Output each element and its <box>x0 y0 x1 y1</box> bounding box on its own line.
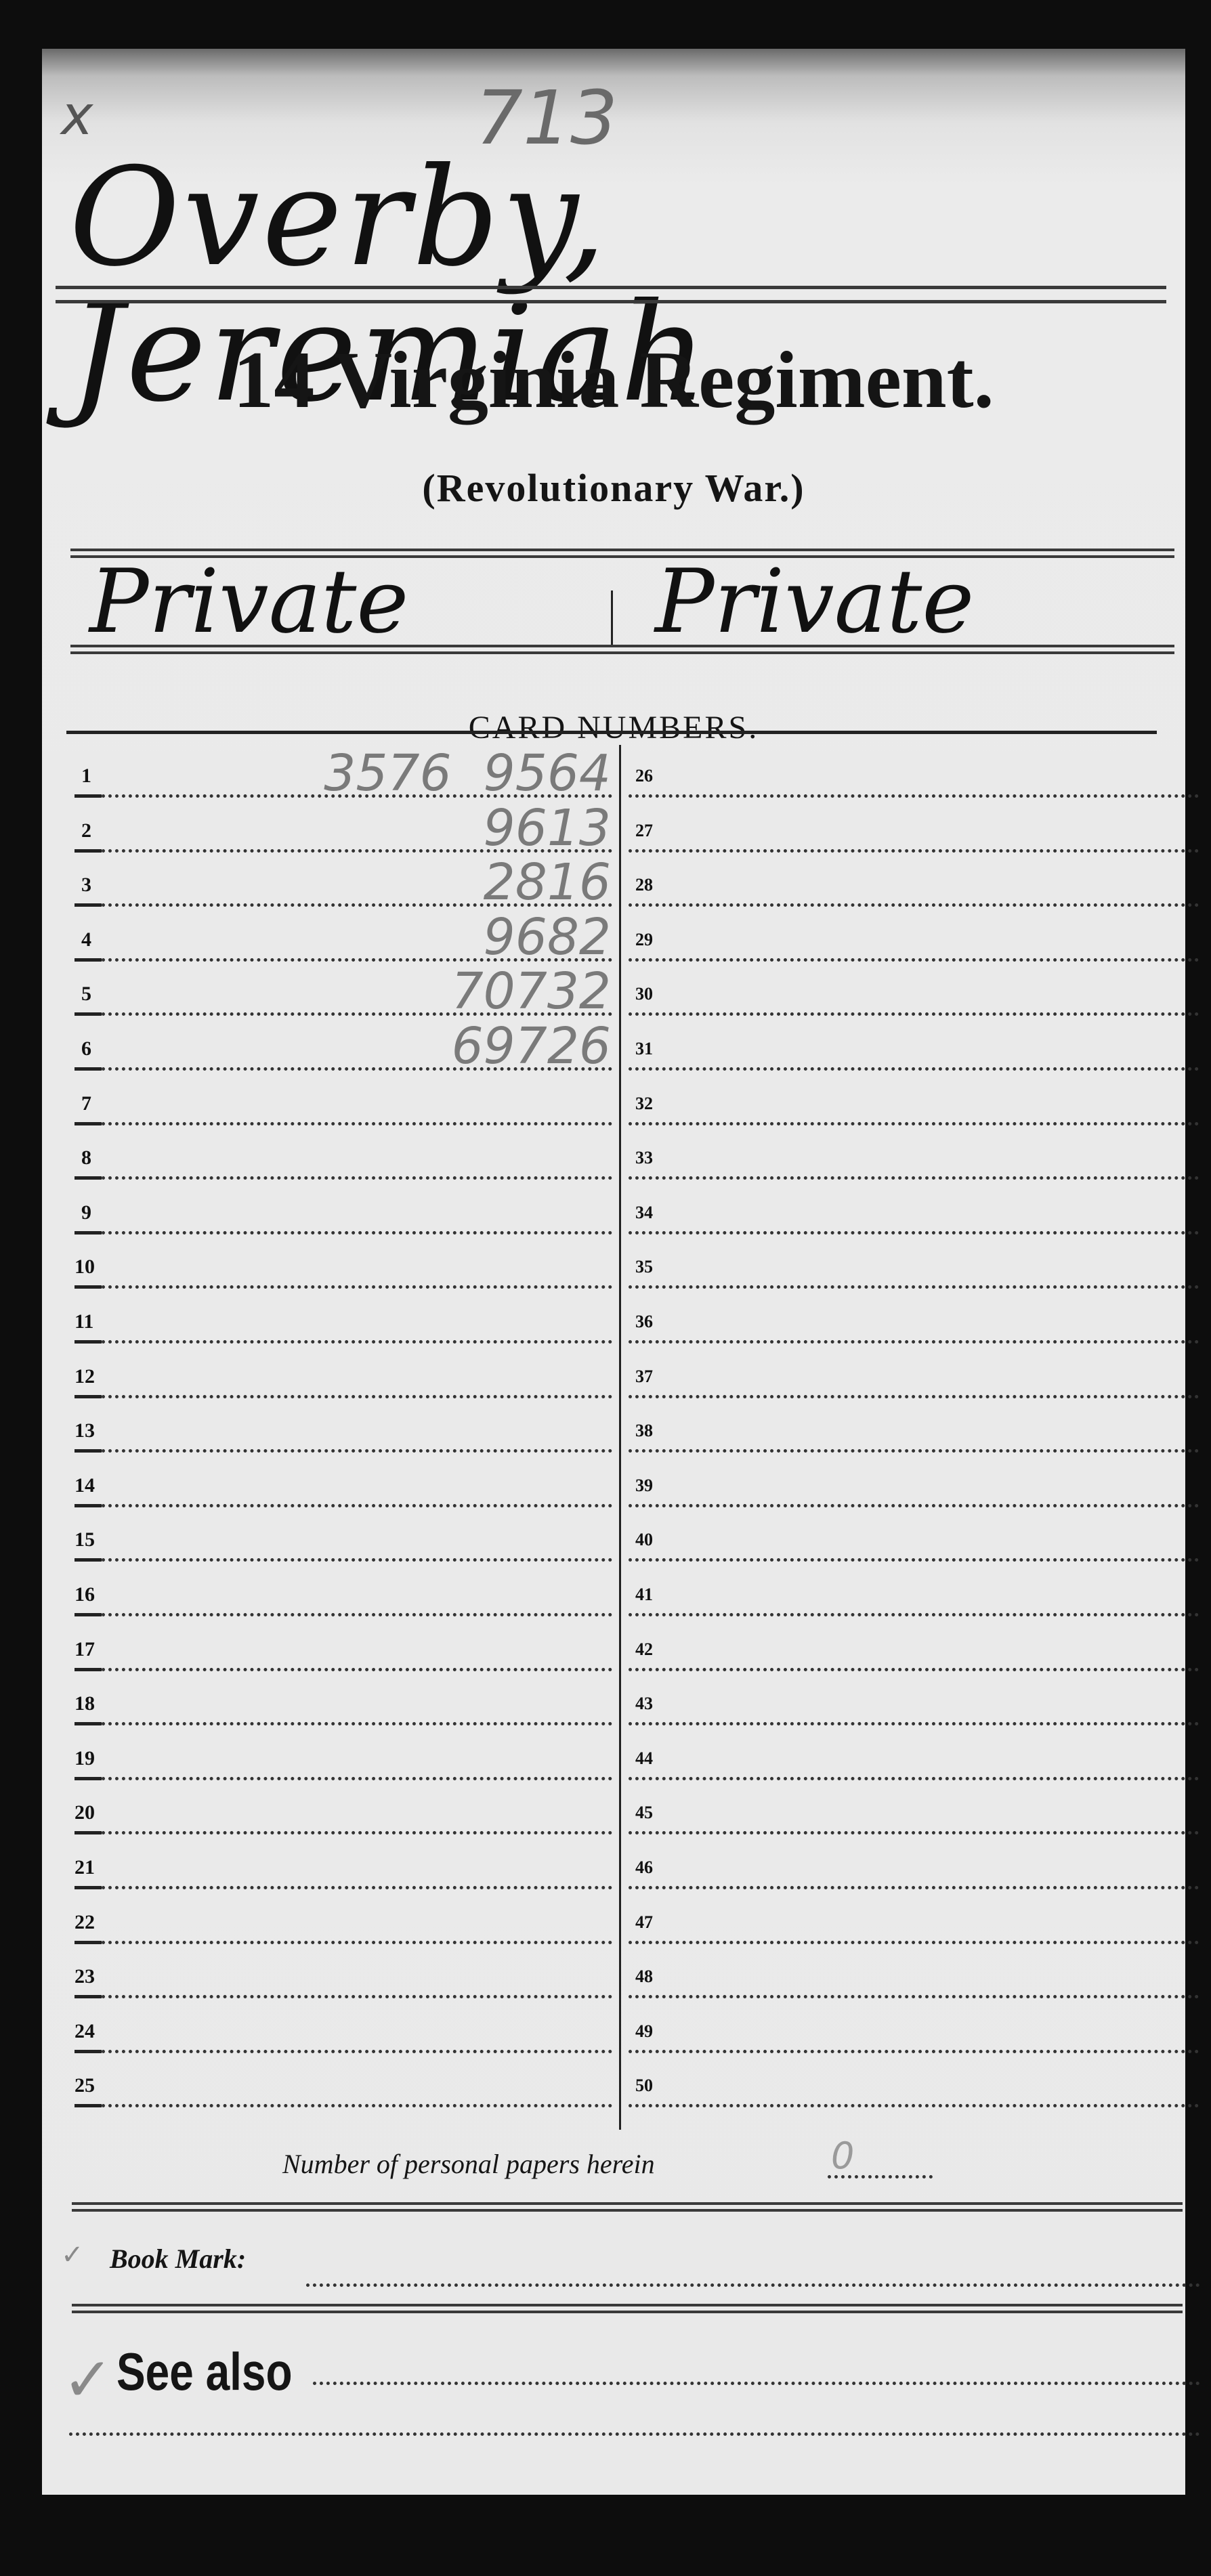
row-number: 21 <box>75 1856 95 1879</box>
row-number: 9 <box>81 1201 91 1224</box>
see-also-label: See also <box>116 2341 293 2403</box>
row-rule <box>629 1176 1199 1180</box>
personal-papers-value[interactable]: 0 <box>831 2134 854 2177</box>
row-rule-start <box>75 1449 102 1453</box>
row-number: 24 <box>75 2020 95 2043</box>
row-rule <box>102 1012 612 1016</box>
row-rule <box>629 1285 1199 1289</box>
row-rule <box>102 1558 612 1562</box>
row-rule-start <box>75 903 102 907</box>
regiment-title: 14 Virginia Regiment. <box>42 333 1185 427</box>
row-number: 33 <box>635 1148 653 1168</box>
row-number: 36 <box>635 1312 653 1332</box>
row-number: 14 <box>75 1474 95 1497</box>
row-number: 38 <box>635 1421 653 1441</box>
row-rule <box>629 958 1199 962</box>
personal-papers-label: Number of personal papers herein <box>282 2148 655 2180</box>
row-rule <box>629 794 1199 798</box>
personal-papers-field[interactable] <box>828 2175 933 2178</box>
row-rule-start <box>75 1504 102 1507</box>
book-mark-field[interactable] <box>306 2283 1200 2287</box>
row-rule <box>629 903 1199 907</box>
row-rule <box>102 794 612 798</box>
row-rule <box>102 1886 612 1889</box>
table-top-rule <box>66 731 1157 734</box>
row-number: 2 <box>81 819 91 842</box>
row-rule-start <box>75 1122 102 1125</box>
row-rule-start <box>75 1995 102 1998</box>
row-rule <box>102 1395 612 1398</box>
row-rule-start <box>75 1558 102 1562</box>
row-rule <box>102 1613 612 1616</box>
row-rule-start <box>75 1722 102 1725</box>
see-also-field-2[interactable] <box>69 2432 1200 2436</box>
row-rule <box>102 1941 612 1944</box>
row-rule <box>629 1012 1199 1016</box>
row-rule <box>102 2050 612 2053</box>
row-number: 10 <box>75 1255 95 1279</box>
row-number: 40 <box>635 1530 653 1550</box>
rank-in: Private <box>89 550 408 653</box>
row-rule <box>629 2050 1199 2053</box>
row-number: 16 <box>75 1583 95 1606</box>
row-rule <box>102 849 612 853</box>
row-rule-start <box>75 1668 102 1671</box>
row-rule <box>102 1231 612 1235</box>
row-rule <box>102 1122 612 1125</box>
row-rule-start <box>75 1777 102 1780</box>
row-rule <box>102 1777 612 1780</box>
row-number: 20 <box>75 1801 95 1824</box>
row-number: 26 <box>635 766 653 786</box>
row-rule <box>102 1722 612 1725</box>
row-number: 34 <box>635 1203 653 1223</box>
row-rule <box>102 1340 612 1344</box>
row-rule <box>629 1504 1199 1507</box>
row-rule <box>629 1831 1199 1834</box>
row-rule <box>102 1504 612 1507</box>
row-number: 48 <box>635 1967 653 1987</box>
row-rule-start <box>75 2104 102 2107</box>
row-number: 15 <box>75 1528 95 1551</box>
rank-out: Private <box>655 550 974 653</box>
row-number: 13 <box>75 1419 95 1442</box>
row-number: 47 <box>635 1912 653 1933</box>
row-rule <box>629 1613 1199 1616</box>
row-rule <box>629 1777 1199 1780</box>
row-rule <box>629 2104 1199 2107</box>
row-rule <box>629 1449 1199 1453</box>
row-number: 7 <box>81 1092 91 1115</box>
row-number: 46 <box>635 1858 653 1878</box>
row-rule-start <box>75 1231 102 1235</box>
war-subtitle: (Revolutionary War.) <box>42 465 1185 511</box>
row-rule <box>102 958 612 962</box>
row-number: 45 <box>635 1803 653 1823</box>
row-number: 23 <box>75 1965 95 1988</box>
row-rule-start <box>75 2050 102 2053</box>
row-number: 11 <box>75 1310 93 1333</box>
row-rule <box>102 1668 612 1671</box>
row-rule <box>102 1831 612 1834</box>
row-rule <box>629 849 1199 853</box>
papers-rule <box>72 2202 1183 2212</box>
row-rule <box>629 1941 1199 1944</box>
row-number: 3 <box>81 874 91 897</box>
row-number: 17 <box>75 1638 95 1661</box>
row-rule-start <box>75 1886 102 1889</box>
row-number: 27 <box>635 821 653 841</box>
row-rule-start <box>75 1941 102 1944</box>
row-number: 6 <box>81 1037 91 1060</box>
row-rule <box>102 1176 612 1180</box>
row-number: 19 <box>75 1747 95 1770</box>
row-rule <box>102 903 612 907</box>
row-rule <box>629 1395 1199 1398</box>
row-rule-start <box>75 794 102 798</box>
row-rule <box>102 1995 612 1998</box>
row-number: 31 <box>635 1039 653 1059</box>
x-mark: x <box>61 84 93 147</box>
row-rule-start <box>75 1395 102 1398</box>
row-number: 50 <box>635 2076 653 2096</box>
row-number: 42 <box>635 1639 653 1660</box>
row-number: 25 <box>75 2074 95 2097</box>
row-number: 35 <box>635 1257 653 1277</box>
rank-divider <box>611 591 613 645</box>
row-rule-start <box>75 1012 102 1016</box>
row-rule <box>629 1231 1199 1235</box>
row-number: 44 <box>635 1748 653 1769</box>
check-mark-icon: ✓ <box>61 2239 84 2271</box>
row-number: 41 <box>635 1585 653 1605</box>
card-numbers-heading: CARD NUMBERS. <box>42 709 1185 746</box>
row-rule-start <box>75 1613 102 1616</box>
row-number: 5 <box>81 983 91 1006</box>
row-rule <box>629 1668 1199 1671</box>
check-mark-icon: ✓ <box>62 2344 113 2416</box>
row-rule <box>629 1067 1199 1071</box>
row-rule-start <box>75 1285 102 1289</box>
row-rule-start <box>75 1067 102 1071</box>
row-rule-start <box>75 1831 102 1834</box>
row-number: 1 <box>81 765 91 788</box>
row-rule <box>629 1122 1199 1125</box>
name-underline <box>56 286 1166 303</box>
row-rule <box>102 1449 612 1453</box>
row-rule-start <box>75 1176 102 1180</box>
row-rule <box>629 1340 1199 1344</box>
row-rule <box>102 2104 612 2107</box>
row-number: 4 <box>81 928 91 951</box>
row-number: 39 <box>635 1476 653 1496</box>
row-number: 22 <box>75 1911 95 1934</box>
column-divider <box>619 745 621 2130</box>
bookmark-rule <box>72 2304 1183 2313</box>
row-rule <box>102 1067 612 1071</box>
see-also-field[interactable] <box>313 2382 1200 2385</box>
row-rule <box>629 1886 1199 1889</box>
row-number: 30 <box>635 984 653 1004</box>
row-number: 37 <box>635 1367 653 1387</box>
row-number: 28 <box>635 875 653 895</box>
row-number: 43 <box>635 1694 653 1714</box>
row-rule-start <box>75 958 102 962</box>
row-rule <box>629 1995 1199 1998</box>
compiled-service-card: x 713 Overby, Jeremiah 14 Virginia Regim… <box>42 49 1185 2495</box>
book-mark-label: Book Mark: <box>110 2243 246 2275</box>
row-rule-start <box>75 849 102 853</box>
row-rule <box>629 1558 1199 1562</box>
row-number: 12 <box>75 1365 95 1388</box>
row-rule <box>102 1285 612 1289</box>
row-rule-start <box>75 1340 102 1344</box>
row-number: 32 <box>635 1094 653 1114</box>
row-number: 49 <box>635 2021 653 2042</box>
rank-bottom-rule <box>70 645 1174 654</box>
row-number: 29 <box>635 930 653 950</box>
row-rule <box>629 1722 1199 1725</box>
row-number: 8 <box>81 1146 91 1169</box>
row-number: 18 <box>75 1692 95 1715</box>
